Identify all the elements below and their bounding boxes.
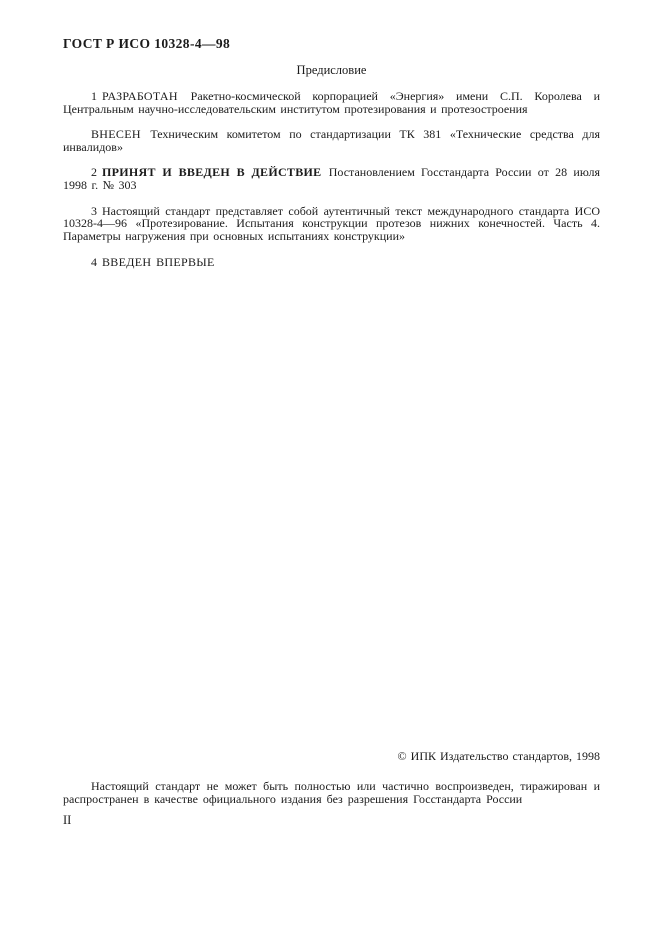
foreword-item-vnesen: ВНЕСЕН Техническим комитетом по стандарт… bbox=[63, 128, 600, 153]
page-footer: © ИПК Издательство стандартов, 1998 Наст… bbox=[63, 750, 600, 827]
reproduction-restriction-notice: Настоящий стандарт не может быть полност… bbox=[63, 780, 600, 805]
foreword-item-2: 2ПРИНЯТ И ВВЕДЕН В ДЕЙСТВИЕ Постановлени… bbox=[63, 166, 600, 191]
section-title: Предисловие bbox=[63, 63, 600, 77]
item-keyword: ВВЕДЕН ВПЕРВЫЕ bbox=[102, 255, 215, 269]
item-number: 4 bbox=[91, 255, 97, 269]
copyright-notice: © ИПК Издательство стандартов, 1998 bbox=[63, 750, 600, 763]
item-text: Техническим комитетом по стандартизации … bbox=[63, 127, 600, 154]
foreword-item-3: 3Настоящий стандарт представляет собой а… bbox=[63, 205, 600, 243]
foreword-item-4: 4ВВЕДЕН ВПЕРВЫЕ bbox=[63, 256, 600, 269]
foreword-item-1: 1РАЗРАБОТАН Ракетно-космической корпорац… bbox=[63, 90, 600, 115]
item-text: Настоящий стандарт представляет собой ау… bbox=[63, 204, 600, 243]
foreword-content: ГОСТ Р ИСО 10328-4—98 Предисловие 1РАЗРА… bbox=[63, 36, 600, 269]
document-page: ГОСТ Р ИСО 10328-4—98 Предисловие 1РАЗРА… bbox=[0, 0, 661, 936]
page-number: II bbox=[63, 814, 600, 827]
document-designation: ГОСТ Р ИСО 10328-4—98 bbox=[63, 36, 600, 52]
